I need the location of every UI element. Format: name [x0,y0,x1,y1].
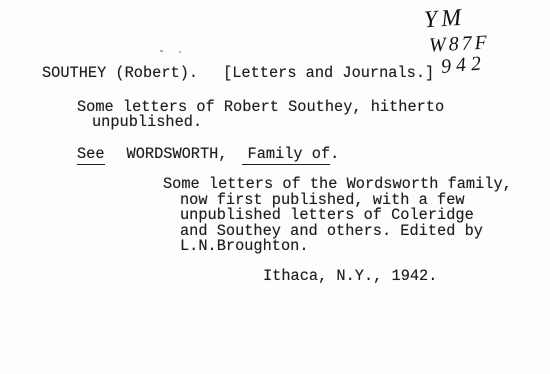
reference-terminator: . [330,145,339,163]
author-heading: SOUTHEY (Robert). [42,64,198,82]
imprint-line: Ithaca, N.Y., 1942. [263,269,437,285]
heading-line: SOUTHEY (Robert).[Letters and Journals.] [42,66,434,82]
see-label: See [77,145,105,165]
work-title: [Letters and Journals.] [223,64,434,82]
catalog-card: YM W87F 942 SOUTHEY (Robert).[Letters an… [0,0,550,374]
cross-reference-line: SeeWORDSWORTH,Family of. [77,147,339,163]
scan-speck [160,50,163,52]
annotation-line: L.N.Broughton. [180,239,309,255]
referenced-subheading: Family of [242,145,331,165]
scan-speck [179,51,181,53]
call-number-line-1: YM [423,5,466,35]
summary-line-2: unpublished. [92,115,202,131]
call-number-line-3: 942 [440,52,487,79]
referenced-heading: WORDSWORTH, [127,145,228,163]
